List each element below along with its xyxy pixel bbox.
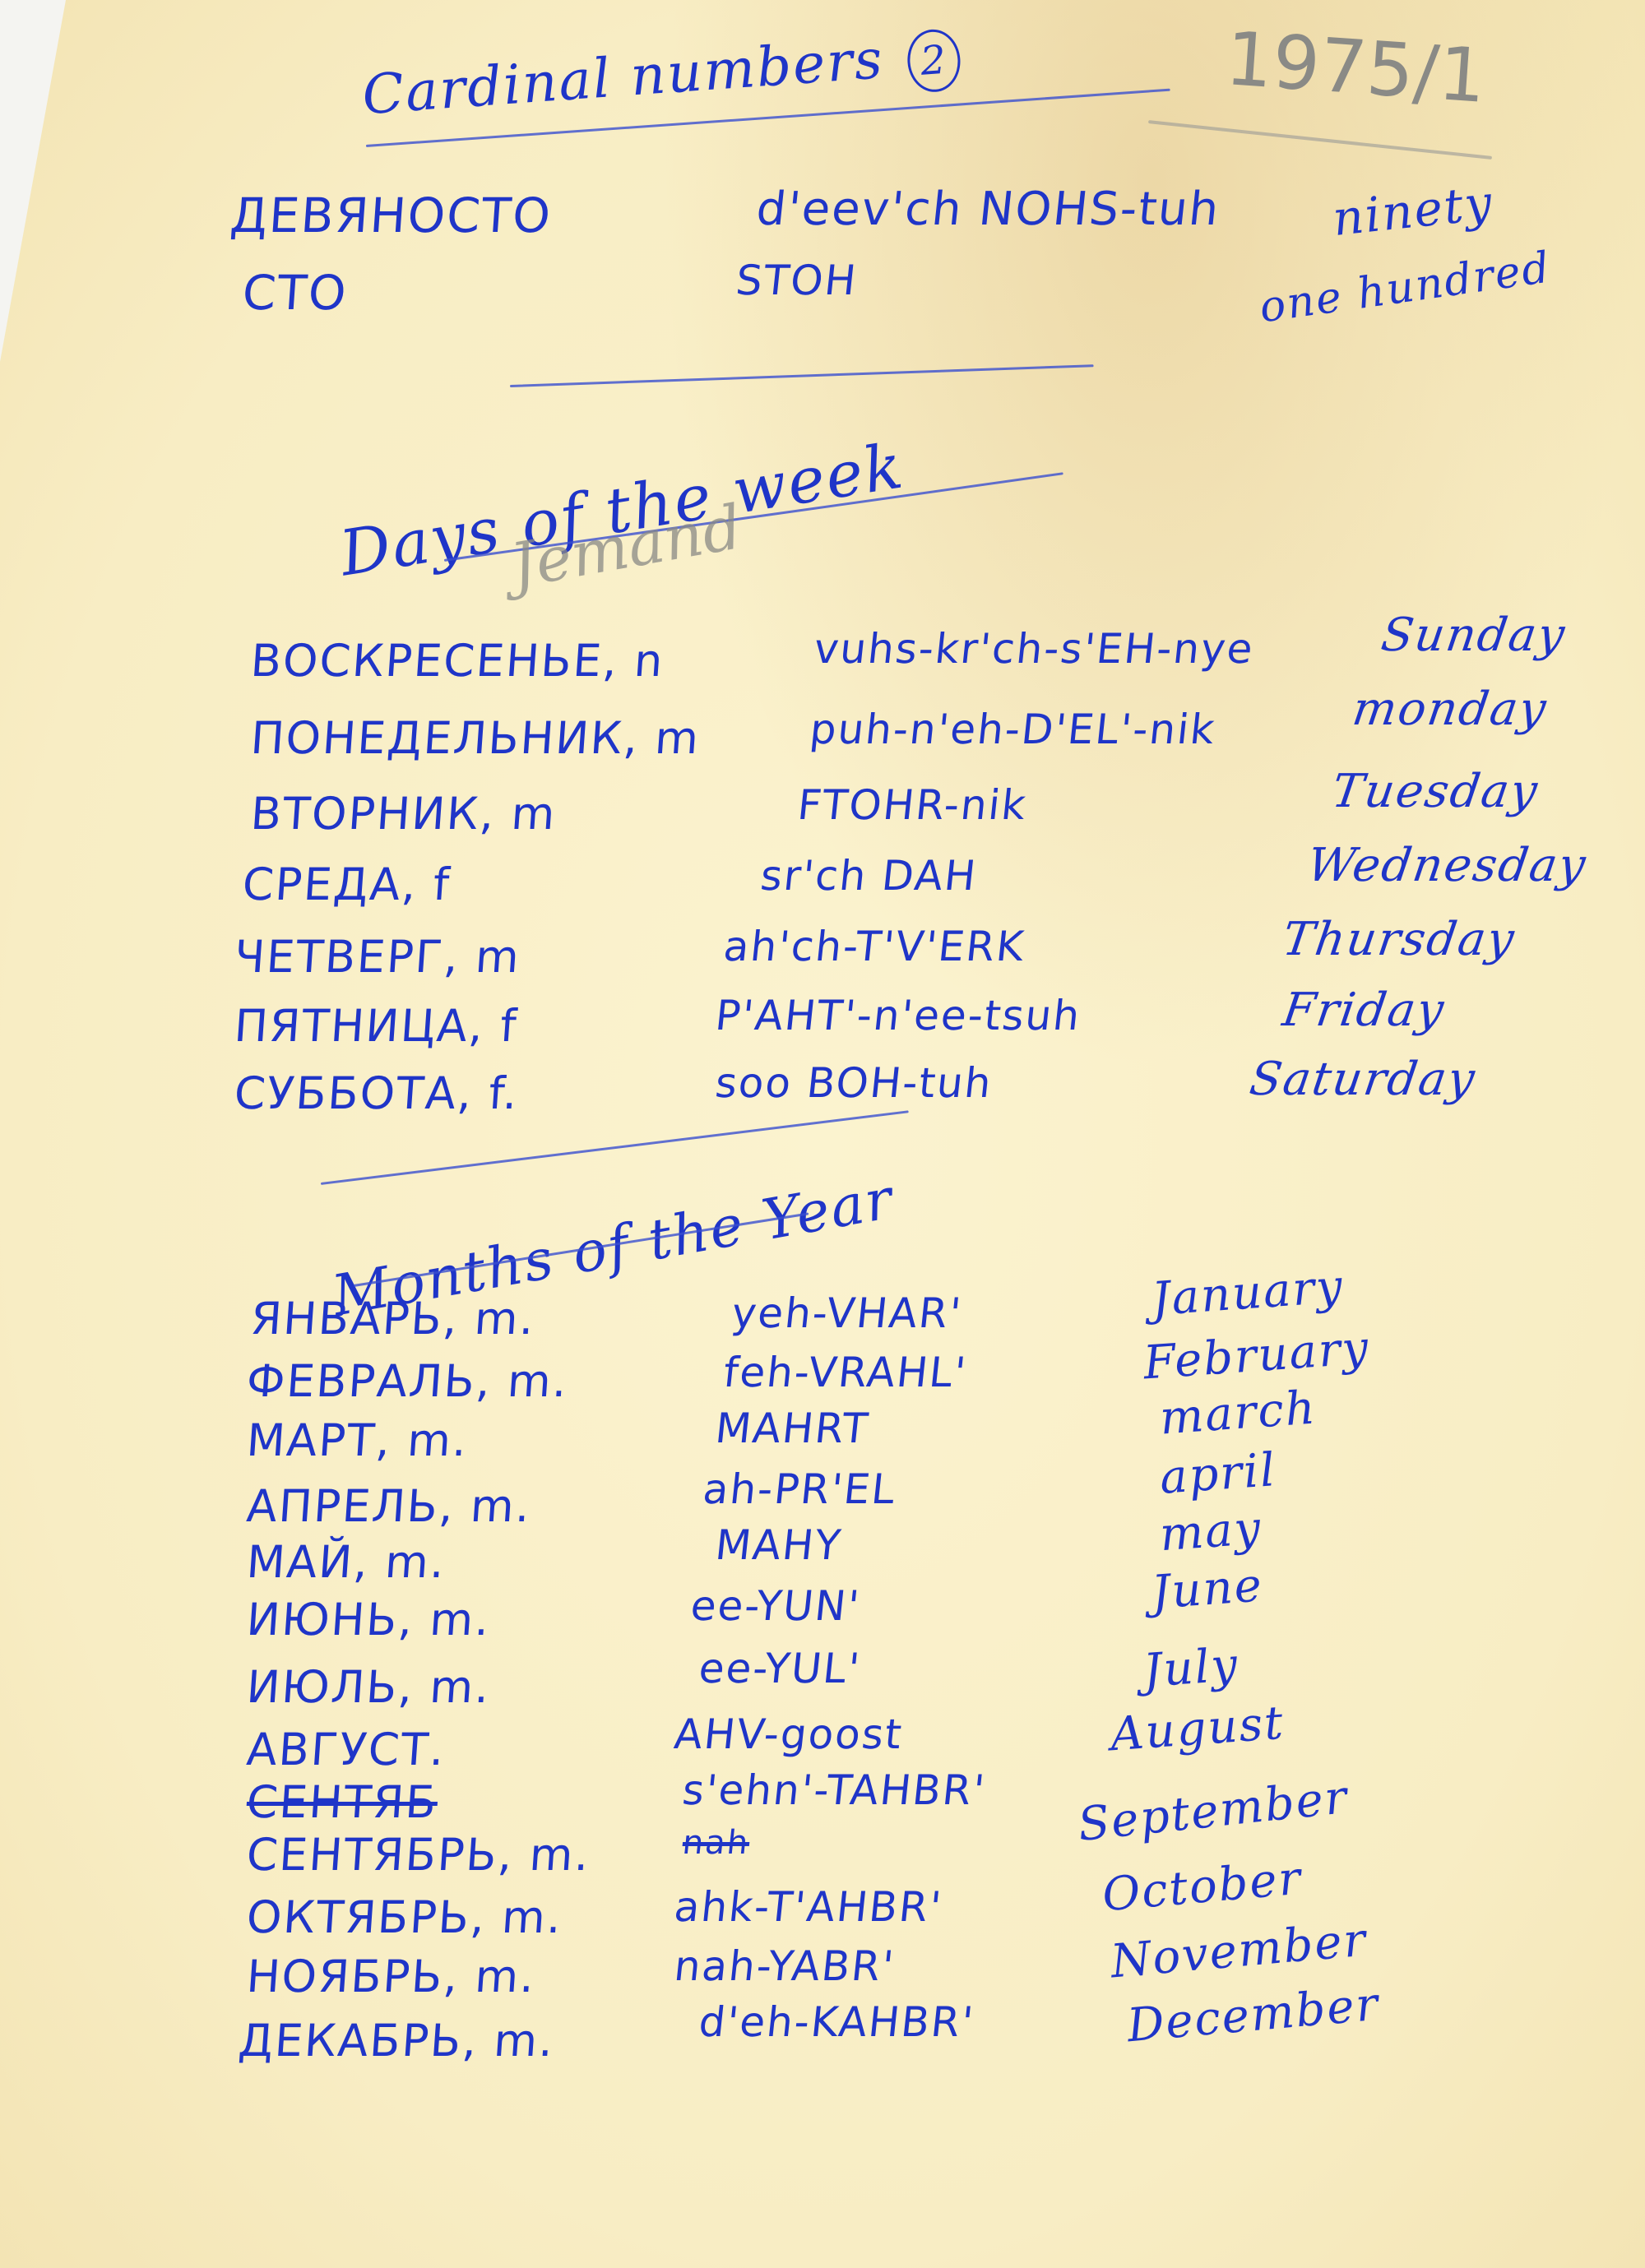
month-pronunciation: feh-VRAHL' (721, 1349, 970, 1396)
cardinal-pron-1: STOH (734, 257, 860, 304)
month-pronunciation: s'ehn'-TAHBR' (680, 1766, 988, 1814)
day-english: Saturday (1246, 1053, 1479, 1106)
day-pronunciation: sr'ch DAH (758, 852, 980, 900)
month-russian: НОЯБРЬ, m. (245, 1951, 538, 2002)
day-pronunciation: P'AHT'-n'ee-tsuh (713, 992, 1083, 1039)
month-russian-struck: СЕНТЯБ (245, 1776, 439, 1828)
month-english: may (1158, 1502, 1263, 1562)
day-pronunciation: puh-n'eh-D'EL'-nik (808, 706, 1218, 753)
month-pronunciation: AHV-goost (672, 1710, 906, 1758)
day-russian: СУББОТА, f. (233, 1067, 521, 1119)
month-russian: ИЮНЬ, m. (245, 1594, 493, 1645)
day-english: Sunday (1378, 609, 1569, 662)
month-russian: АПРЕЛЬ, m. (245, 1480, 533, 1532)
month-english: June (1150, 1558, 1265, 1619)
day-pronunciation: FTOHR-nik (795, 781, 1030, 829)
month-russian: МАРТ, m. (245, 1414, 470, 1466)
month-russian: СЕНТЯБРЬ, m. (245, 1829, 592, 1881)
month-russian: ОКТЯБРЬ, m. (245, 1891, 565, 1943)
day-russian: ПОНЕДЕЛЬНИК, m (249, 712, 702, 764)
day-english: Thursday (1279, 913, 1518, 966)
month-pronunciation: ahk-T'AHBR' (672, 1883, 945, 1931)
day-english: monday (1349, 683, 1550, 736)
month-pronunciation: ah-PR'EL (701, 1465, 899, 1513)
day-english: Friday (1279, 984, 1448, 1037)
month-pronunciation: nah-YABR' (672, 1942, 897, 1990)
cardinal-russian-0: ДЕВЯНОСТО (229, 187, 554, 243)
day-russian: ПЯТНИЦА, f (233, 1000, 520, 1052)
page-marker: 2 (906, 28, 962, 94)
month-russian: АВГУСТ. (245, 1724, 447, 1775)
day-russian: ВОСКРЕСЕНЬЕ, n (249, 635, 666, 687)
pencil-note: 1975/1 (1223, 16, 1489, 120)
day-english: Tuesday (1328, 765, 1541, 818)
day-pronunciation: vuhs-kr'ch-s'EH-nye (812, 625, 1257, 673)
month-russian: ЯНВАРЬ, m. (249, 1293, 537, 1345)
month-russian: ДЕКАБРЬ, m. (237, 2015, 557, 2067)
day-pronunciation: soo BOH-tuh (713, 1059, 995, 1107)
day-russian: ВТОРНИК, m (249, 788, 558, 840)
month-pronunciation-struck: nah (681, 1824, 752, 1862)
day-russian: ЧЕТВЕРГ, m (233, 931, 522, 983)
month-pronunciation: yeh-VHAR' (730, 1289, 965, 1337)
month-english: april (1158, 1443, 1278, 1505)
month-russian: МАЙ, m. (245, 1536, 447, 1588)
day-pronunciation: ah'ch-T'V'ERK (721, 923, 1027, 970)
month-russian: ФЕВРАЛЬ, m. (245, 1355, 570, 1407)
month-pronunciation: ee-YUN' (688, 1582, 863, 1630)
month-english: July (1142, 1638, 1240, 1698)
month-pronunciation: MAHY (713, 1521, 845, 1569)
day-russian: СРЕДА, f (241, 859, 452, 910)
page-corner-fold (0, 0, 66, 362)
month-russian: ИЮЛЬ, m. (245, 1661, 493, 1713)
month-english: march (1158, 1381, 1318, 1445)
cardinal-pron-0: d'eev'ch NOHS-tuh (754, 183, 1223, 236)
month-pronunciation: d'eh-KAHBR' (697, 1998, 977, 2046)
month-pronunciation: MAHRT (713, 1405, 872, 1452)
day-english: Wednesday (1304, 839, 1590, 892)
cardinal-russian-1: СТО (241, 265, 350, 321)
month-pronunciation: ee-YUL' (697, 1645, 863, 1692)
